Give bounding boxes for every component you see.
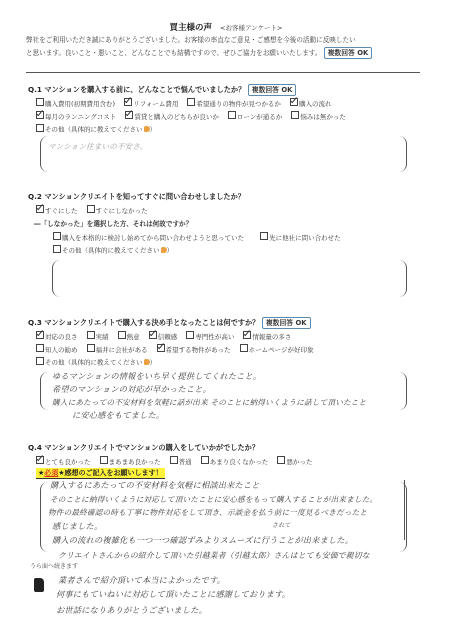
q1-option-8[interactable]: その他（具体的に教えてください） bbox=[36, 124, 156, 134]
checkbox-checked[interactable] bbox=[124, 98, 132, 106]
q2-option-1[interactable]: すぐにしなかった bbox=[87, 207, 148, 215]
q1-multi-badge: 複数回答 OK bbox=[248, 84, 297, 96]
q2-followup-option-0[interactable]: 購入を本格的に検討し始めてから問い合わせようと思っていた bbox=[53, 234, 244, 242]
q1-options-row1: 購入費用(初期費用含む) リフォーム費用 希望通りの物件が見つかるか 購入の流れ bbox=[36, 98, 332, 108]
q2-question: Q.2 マンションクリエイトを知ってすぐに問い合わせしましたか？ bbox=[28, 192, 245, 202]
checkbox[interactable] bbox=[260, 232, 268, 240]
continue-on-back-note: うら面へ続きます bbox=[30, 561, 78, 570]
q2-answer-bracket-left bbox=[52, 260, 63, 297]
checkbox-checked[interactable] bbox=[36, 111, 44, 119]
checkbox[interactable] bbox=[170, 456, 178, 464]
checkbox-checked[interactable] bbox=[125, 111, 133, 119]
checkbox[interactable] bbox=[87, 344, 95, 352]
q1-options-row2: 毎月のランニングコスト 賃貸と購入のどちらが良いか ローンが通るか 悩みは無かっ… bbox=[36, 111, 346, 121]
checkbox[interactable] bbox=[186, 331, 194, 339]
q3-options-row1: 対応の良さ 実績 熱意 信頼感 専門性が高い 情報量の多さ bbox=[36, 331, 291, 341]
checkbox[interactable] bbox=[118, 331, 126, 339]
q2-followup-options: 購入を本格的に検討し始めてから問い合わせようと思っていた 先に他社に問い合わせた bbox=[53, 232, 341, 242]
q3-option-5[interactable]: 情報量の多さ bbox=[243, 333, 291, 341]
required-label: 必須 bbox=[44, 469, 58, 477]
checkbox-checked[interactable] bbox=[36, 205, 44, 213]
q4-answer-line-1[interactable]: そのことに納得いくように対応して頂いたことに安心感をもって購入することが出来まし… bbox=[50, 494, 377, 505]
q2-followup-question: ―「しなかった」を選択した方、それは何故ですか？ bbox=[34, 218, 192, 228]
q3-option-1[interactable]: 実績 bbox=[87, 333, 109, 341]
q4-answer-line-8[interactable]: お世話になりありがとうございました。 bbox=[56, 605, 207, 616]
checkbox[interactable] bbox=[36, 344, 44, 352]
checkbox-checked[interactable] bbox=[149, 331, 157, 339]
checkbox[interactable] bbox=[201, 456, 209, 464]
q3-option-8[interactable]: 希望する物件があった bbox=[157, 346, 231, 354]
checkbox[interactable] bbox=[291, 111, 299, 119]
checkbox[interactable] bbox=[87, 331, 95, 339]
intro-text-line2: と思います。良いこと・悪いこと、どんなことでも結構ですので、ぜひご協力をお願いい… bbox=[26, 47, 436, 60]
q3-multi-badge: 複数回答 OK bbox=[262, 317, 311, 329]
q4-answer-line-7[interactable]: 何事にもていねいに対応して頂いたことに感謝しております。 bbox=[56, 589, 290, 600]
header-divider bbox=[26, 72, 420, 73]
q4-inserted-note[interactable]: されて bbox=[272, 520, 291, 529]
q1-question: Q.1 マンションを購入する前に、どんなことで悩んでいましたか？ 複数回答 OK bbox=[28, 84, 296, 96]
q3-question: Q.3 マンションクリエイトで購入する決め手となったことは何ですか？ 複数回答 … bbox=[28, 317, 311, 329]
q1-option-3[interactable]: 購入の流れ bbox=[290, 100, 332, 108]
q3-option-10[interactable]: その他（具体的に教えてください） bbox=[36, 357, 156, 367]
q4-option-3[interactable]: あまり良くなかった bbox=[201, 458, 269, 466]
intro-text-line1: 弊社をご利用いただき誠にありがとうございました。お客様の率直なご意見・ご感想を今… bbox=[26, 34, 436, 47]
turn-arrow-icon bbox=[34, 578, 44, 592]
q4-option-1[interactable]: まあまあ良かった bbox=[100, 458, 161, 466]
checkbox-checked[interactable] bbox=[290, 98, 298, 106]
q1-option-7[interactable]: 悩みは無かった bbox=[291, 113, 346, 121]
q4-answer-line-2[interactable]: 物件の最終確認の時も丁寧に物件対応をして頂き、示談金を払う前に一度見るべきだった… bbox=[48, 507, 367, 518]
checkbox[interactable] bbox=[36, 357, 44, 365]
q4-answer-line-4[interactable]: 購入の流れの複雑化も一つ一つ確認ずみよりスムーズに行うことが出来ました。 bbox=[52, 535, 353, 546]
checkbox[interactable] bbox=[187, 98, 195, 106]
checkbox[interactable] bbox=[87, 205, 95, 213]
title-text: 買主様の声 bbox=[169, 23, 212, 33]
required-comment-banner: ★必須★感想のご記入をお願いします！ bbox=[36, 468, 165, 479]
q1-option-2[interactable]: 希望通りの物件が見つかるか bbox=[187, 100, 281, 108]
q1-option-0[interactable]: 購入費用(初期費用含む) bbox=[36, 100, 115, 108]
q3-options-row2: 知人の勧め 福井に会社がある 希望する物件があった ホームページが好印象 bbox=[36, 344, 314, 354]
checkbox[interactable] bbox=[53, 245, 61, 253]
q3-answer-bracket-right bbox=[396, 372, 407, 410]
checkbox-checked[interactable] bbox=[157, 344, 165, 352]
q4-answer-line-5[interactable]: クリエイトさんからの紹介して頂いた引越業者（引越太郎）さんはとても安価で親切な bbox=[58, 550, 370, 561]
q4-options: とても良かった まあまあ良かった 普通 あまり良くなかった 悪かった bbox=[36, 456, 312, 466]
q3-option-9[interactable]: ホームページが好印象 bbox=[240, 346, 314, 354]
q4-option-0[interactable]: とても良かった bbox=[36, 458, 91, 466]
multi-answer-badge: 複数回答 OK bbox=[324, 47, 373, 59]
q4-option-4[interactable]: 悪かった bbox=[277, 458, 312, 466]
q1-answer-bracket-right bbox=[396, 136, 407, 172]
survey-title: 買主様の声<お客様アンケート> bbox=[0, 21, 452, 33]
checkbox-checked[interactable] bbox=[243, 331, 251, 339]
q1-answer-text[interactable]: マンション住まいの不安さ。 bbox=[48, 141, 147, 152]
q1-option-6[interactable]: ローンが通るか bbox=[228, 113, 282, 121]
margin-line bbox=[404, 480, 405, 540]
q3-answer-bracket-left bbox=[40, 372, 51, 410]
q4-option-2[interactable]: 普通 bbox=[170, 458, 192, 466]
checkbox[interactable] bbox=[277, 456, 285, 464]
q3-option-0[interactable]: 対応の良さ bbox=[36, 333, 78, 341]
q3-option-3[interactable]: 信頼感 bbox=[149, 333, 178, 341]
q4-answer-line-0[interactable]: 購入するにあたっての不安材料を気軽に相談出来たこと bbox=[50, 480, 260, 491]
q2-answer-bracket-right bbox=[396, 260, 407, 297]
q3-answer-line-3[interactable]: に安心感をもてました。 bbox=[72, 410, 164, 421]
checkbox[interactable] bbox=[240, 344, 248, 352]
checkbox[interactable] bbox=[100, 456, 108, 464]
checkbox[interactable] bbox=[53, 232, 61, 240]
q4-answer-line-3[interactable]: 感じました。 bbox=[52, 521, 102, 532]
q3-option-4[interactable]: 専門性が高い bbox=[186, 333, 234, 341]
q4-question: Q.4 マンションクリエイトでマンションの購入をしていかがでしたか？ bbox=[28, 443, 259, 453]
q1-option-5[interactable]: 賃貸と購入のどちらが良いか bbox=[125, 113, 219, 121]
q3-option-2[interactable]: 熱意 bbox=[118, 333, 140, 341]
q3-option-7[interactable]: 福井に会社がある bbox=[87, 346, 148, 354]
q2-options: すぐにした すぐにしなかった bbox=[36, 205, 148, 215]
q3-answer-line-0[interactable]: ゆるマンションの情報をいち早く提供してくれたこと。 bbox=[52, 371, 261, 382]
q3-option-6[interactable]: 知人の勧め bbox=[36, 346, 78, 354]
q2-option-0[interactable]: すぐにした bbox=[36, 207, 78, 215]
title-subtitle: <お客様アンケート> bbox=[220, 24, 283, 32]
checkbox[interactable] bbox=[36, 98, 44, 106]
checkbox[interactable] bbox=[228, 111, 236, 119]
q1-option-4[interactable]: 毎月のランニングコスト bbox=[36, 113, 116, 121]
checkbox[interactable] bbox=[36, 124, 44, 132]
checkbox-checked[interactable] bbox=[36, 456, 44, 464]
q4-answer-line-6[interactable]: 業者さんで紹介頂いて本当によかったです。 bbox=[58, 575, 225, 586]
q3-answer-line-1[interactable]: 希望のマンションの対応が早かったこと。 bbox=[52, 384, 211, 395]
checkbox-checked[interactable] bbox=[36, 331, 44, 339]
q2-followup-option-2[interactable]: その他（具体的に教えてください） bbox=[53, 245, 173, 255]
q1-option-1[interactable]: リフォーム費用 bbox=[124, 100, 178, 108]
q2-followup-option-1[interactable]: 先に他社に問い合わせた bbox=[260, 234, 341, 242]
q3-answer-line-2[interactable]: 購入にあたっての不安材料を気軽に話が出来 そのことに納得いくように話して頂いたこ… bbox=[52, 397, 366, 408]
q4-answer-bracket-right bbox=[396, 482, 407, 552]
